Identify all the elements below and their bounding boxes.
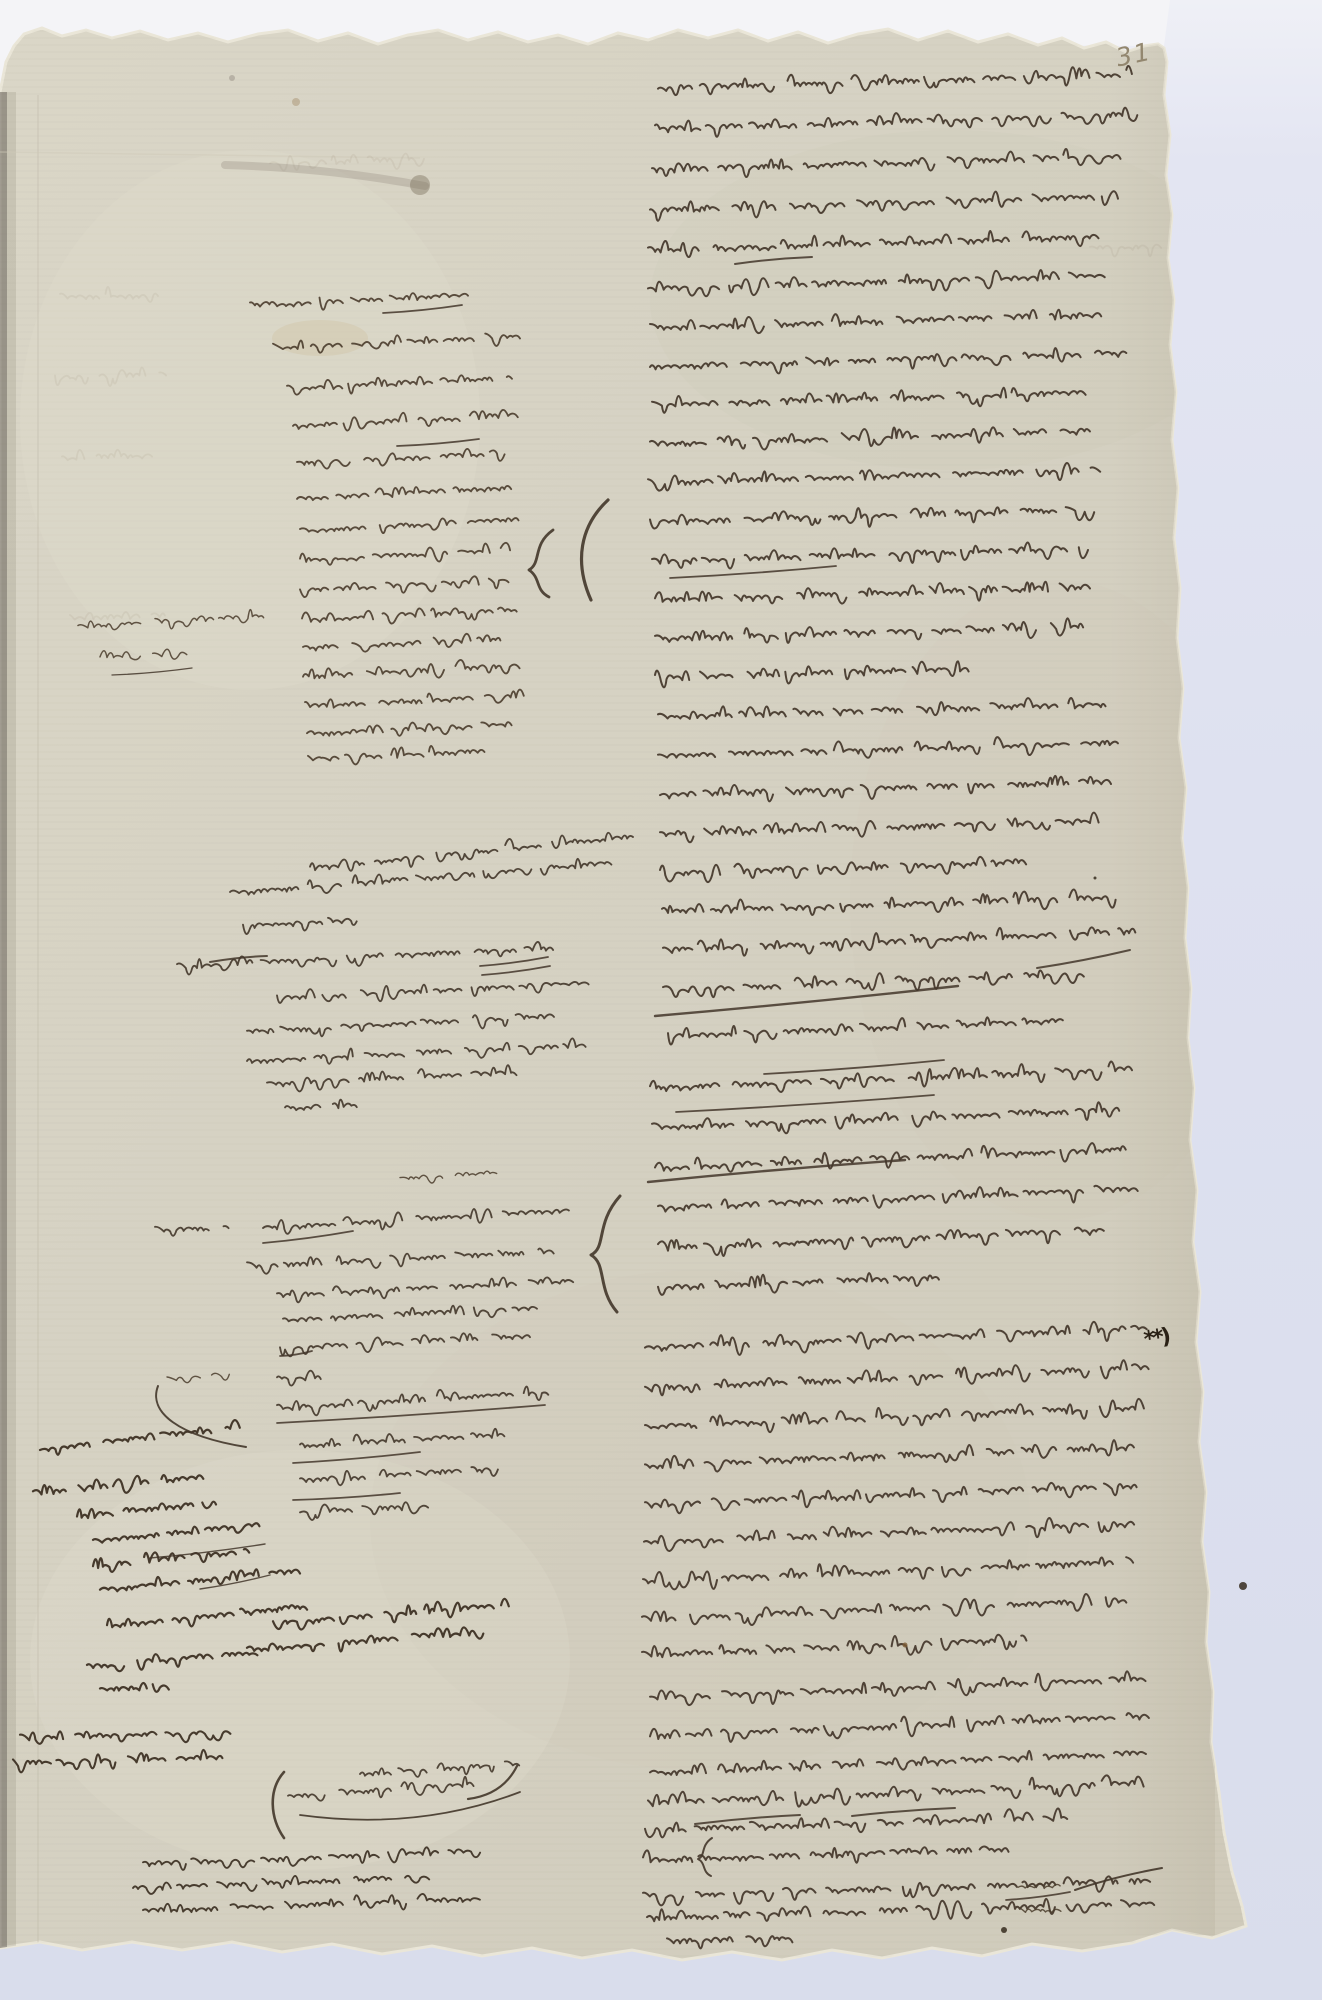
ink-blot (229, 75, 235, 81)
ink-blot (1094, 877, 1097, 880)
ink-blot (1001, 1927, 1007, 1933)
ink-blot (410, 175, 430, 195)
ink-blot (292, 98, 300, 106)
ink-blot (1239, 1582, 1247, 1590)
manuscript-scan: 31 **) (0, 0, 1322, 2000)
paper-texture (0, 0, 1322, 2000)
manuscript-svg (0, 0, 1322, 2000)
footnote-double-asterisk-mark: **) (1142, 1324, 1170, 1352)
ink-blot (903, 1643, 908, 1648)
